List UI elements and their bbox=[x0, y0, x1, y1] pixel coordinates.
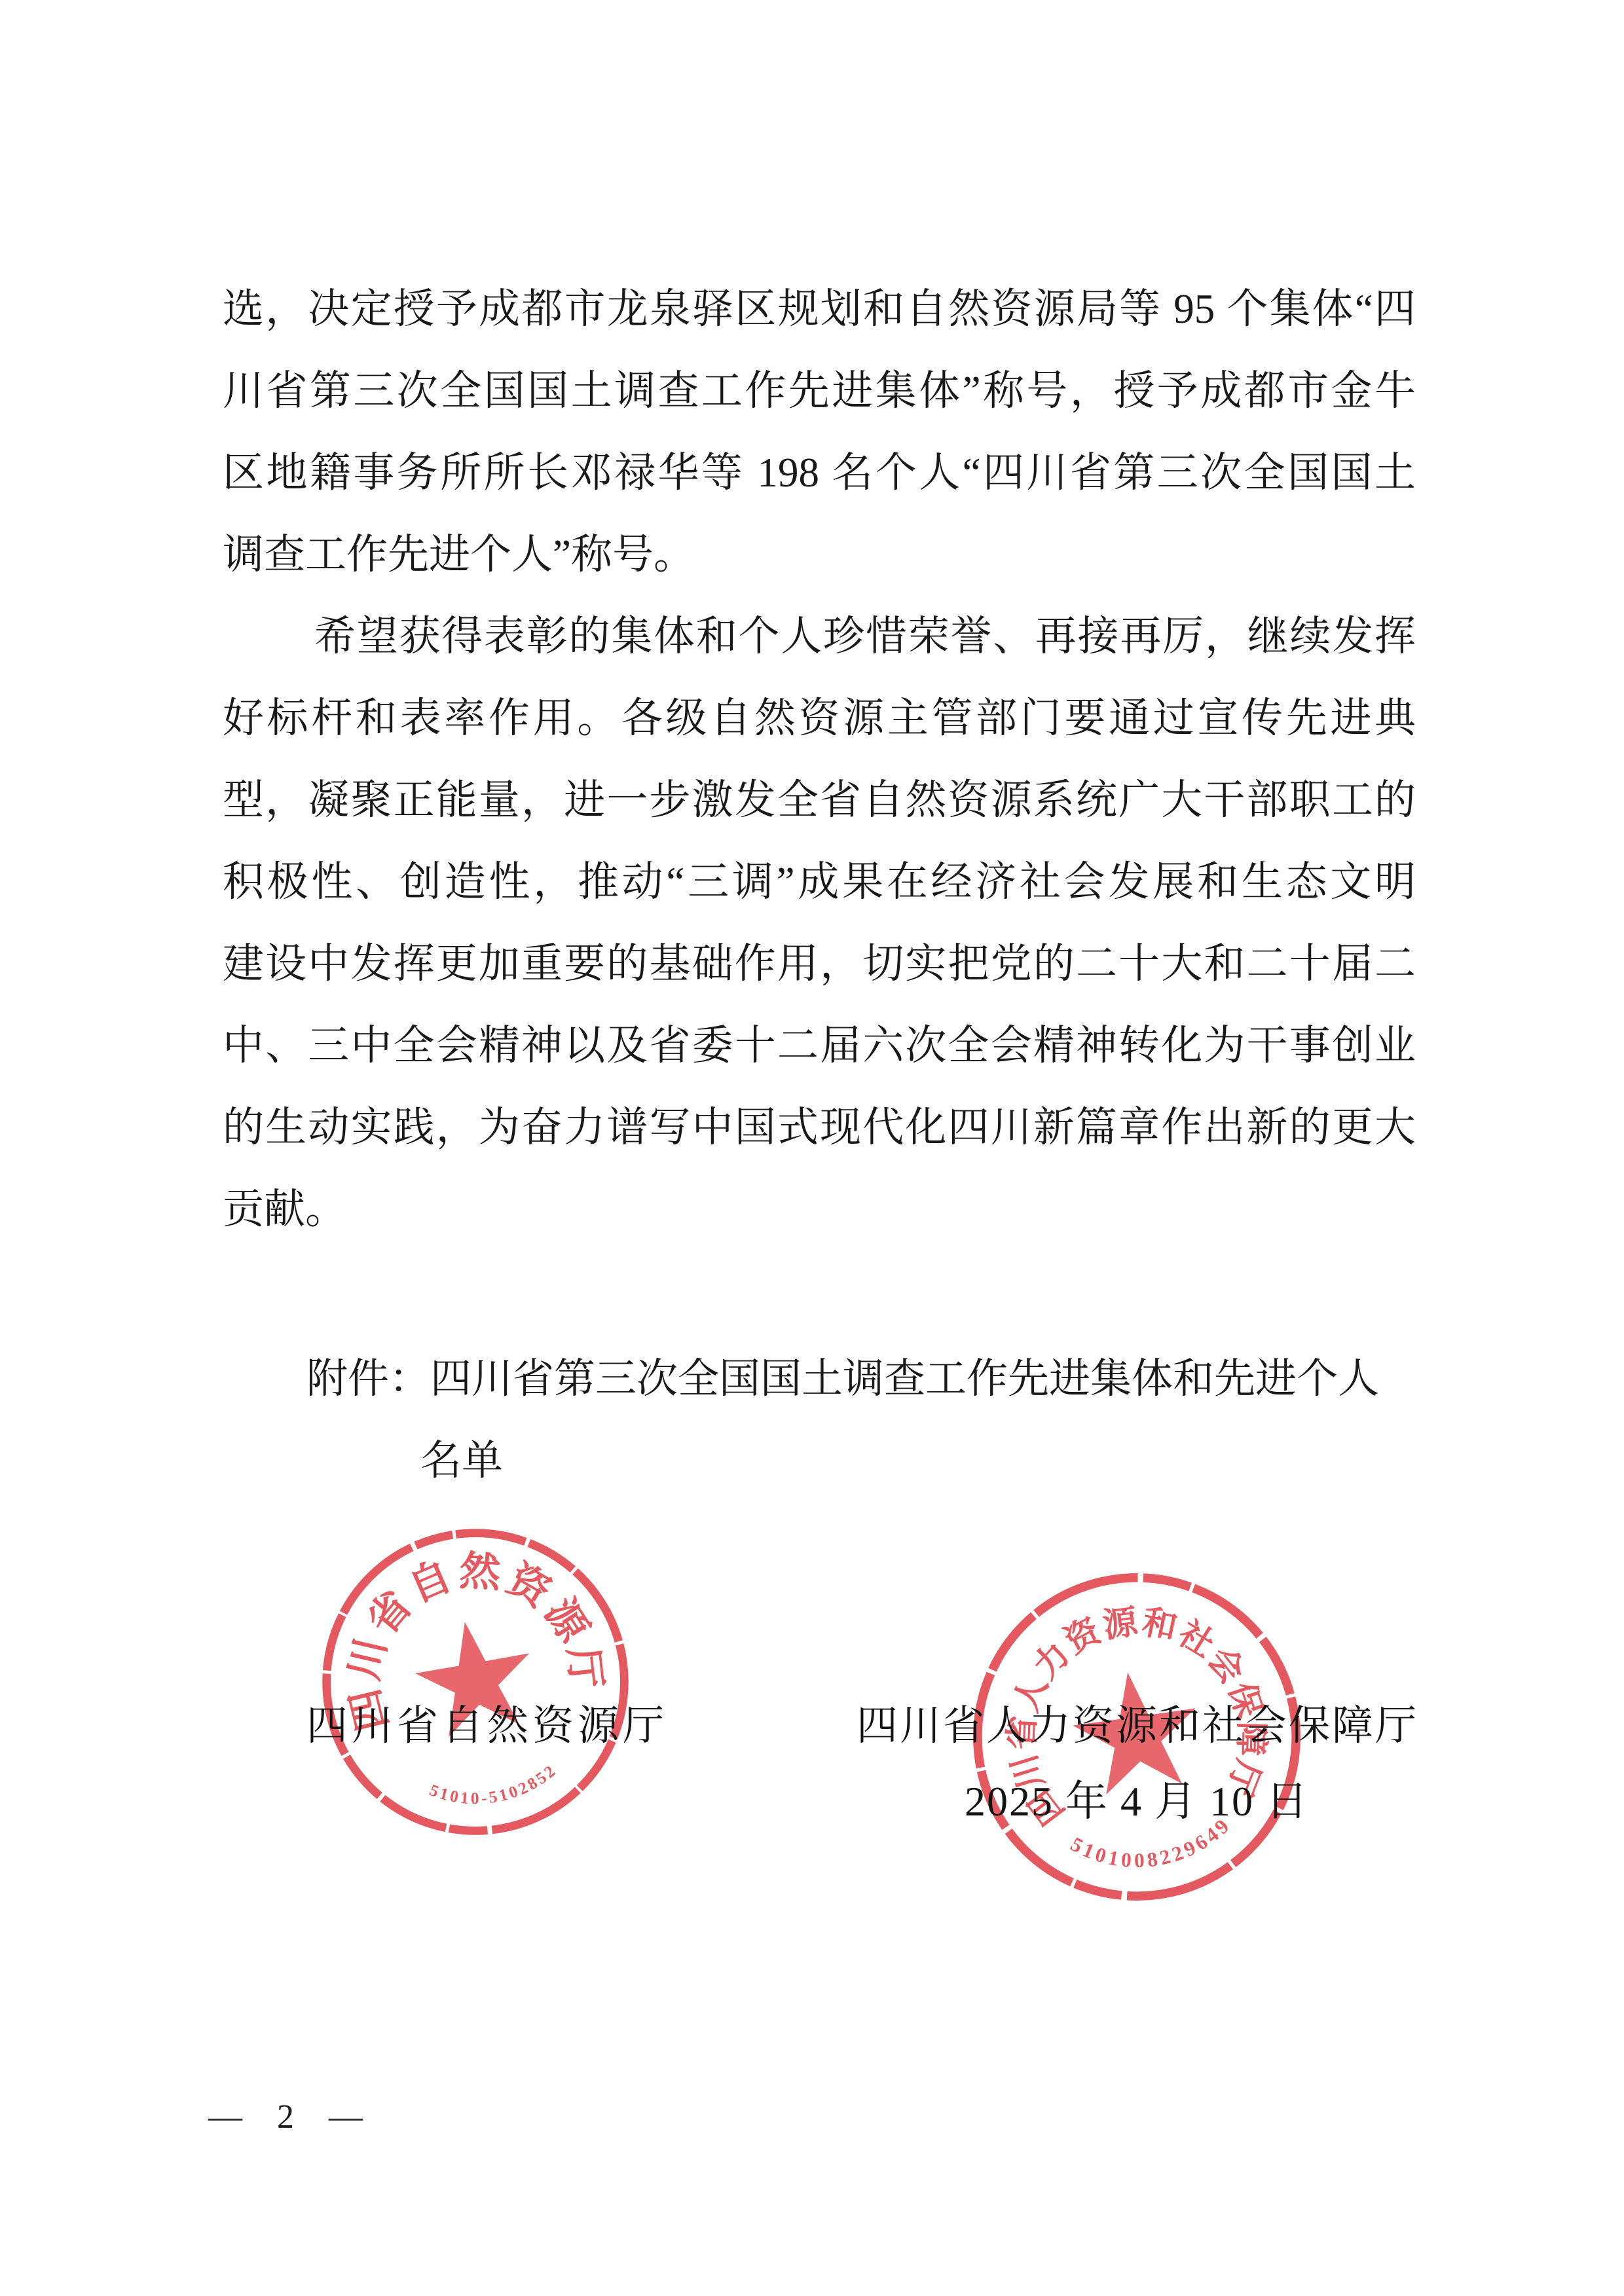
page-number: — 2 — bbox=[208, 2098, 369, 2136]
body-line: 区地籍事务所所长邓禄华等 198 名个人“四川省第三次全国国土 bbox=[223, 432, 1416, 514]
signature-date: 2025 年 4 月 10 日 bbox=[965, 1768, 1309, 1828]
body-line: 希望获得表彰的集体和个人珍惜荣誉、再接再厉，继续发挥 bbox=[223, 596, 1416, 678]
signature-left-agency: 四川省自然资源厅 bbox=[306, 1692, 668, 1752]
body-line: 型，凝聚正能量，进一步激发全省自然资源系统广大干部职工的 bbox=[223, 759, 1416, 841]
signature-right-agency: 四川省人力资源和社会保障厅 bbox=[857, 1692, 1418, 1752]
document-page: 选，决定授予成都市龙泉驿区规划和自然资源局等 95 个集体“四 川省第三次全国国… bbox=[0, 0, 1624, 2296]
body-line: 选，决定授予成都市龙泉驿区规划和自然资源局等 95 个集体“四 bbox=[223, 268, 1416, 350]
natural-resources-seal-stamp: 四川省自然资源厅 51010-5102852 bbox=[289, 1496, 661, 1868]
body-line: 中、三中全会精神以及省委十二届六次全会精神转化为干事创业 bbox=[223, 1005, 1416, 1087]
body-line: 好标杆和表率作用。各级自然资源主管部门要通过宣传先进典 bbox=[223, 678, 1416, 759]
body-line: 川省第三次全国国土调查工作先进集体”称号，授予成都市金牛 bbox=[223, 350, 1416, 432]
body-line: 建设中发挥更加重要的基础作用，切实把党的二十大和二十届二 bbox=[223, 923, 1416, 1005]
seal-serial-number: 51010-5102852 bbox=[424, 1758, 564, 1817]
body-line: 贡献。 bbox=[223, 1169, 1416, 1250]
body-line: 积极性、创造性，推动“三调”成果在经济社会发展和生态文明 bbox=[223, 841, 1416, 923]
svg-text:51010-5102852: 51010-5102852 bbox=[424, 1758, 564, 1817]
attachment-line: 附件：四川省第三次全国国土调查工作先进集体和先进个人 bbox=[223, 1338, 1416, 1420]
body-line: 的生动实践，为奋力谱写中国式现代化四川新篇章作出新的更大 bbox=[223, 1087, 1416, 1169]
attachment-note: 附件：四川省第三次全国国土调查工作先进集体和先进个人 名单 bbox=[223, 1338, 1416, 1502]
attachment-line: 名单 bbox=[223, 1420, 1416, 1502]
body-text: 选，决定授予成都市龙泉驿区规划和自然资源局等 95 个集体“四 川省第三次全国国… bbox=[223, 268, 1416, 1250]
body-line: 调查工作先进个人”称号。 bbox=[223, 514, 1416, 596]
